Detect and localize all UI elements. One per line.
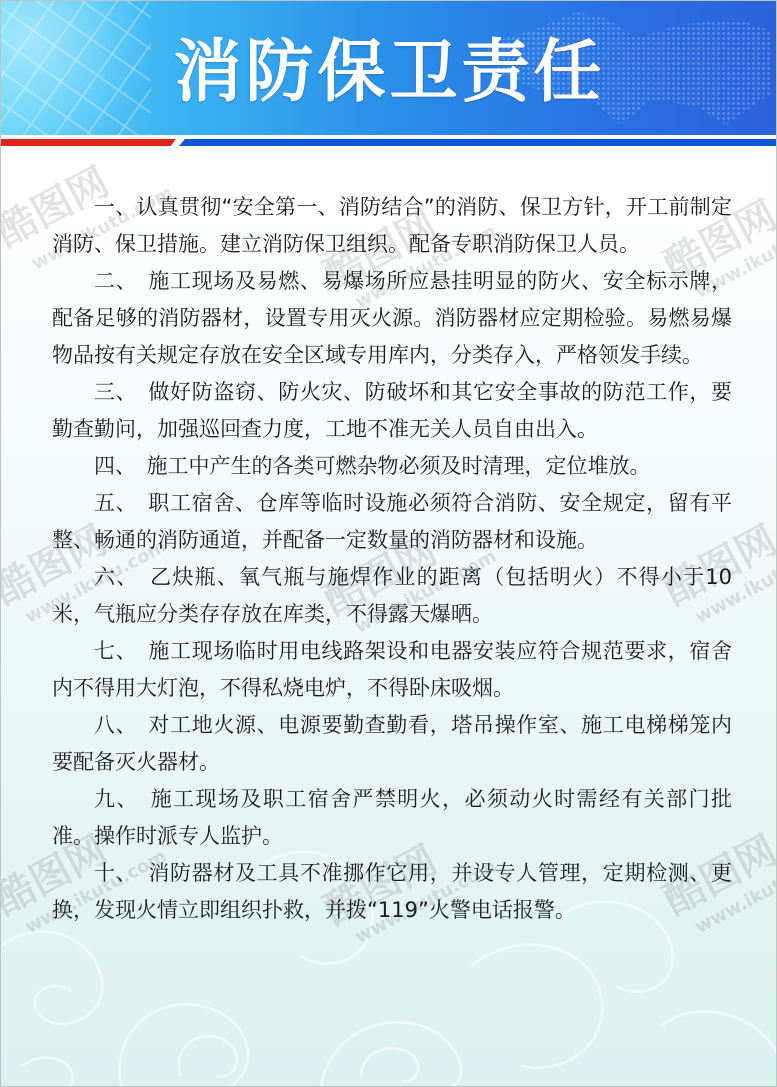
- clause-4: 四、 施工中产生的各类可燃杂物必须及时清理，定位堆放。: [52, 448, 732, 485]
- clause-3: 三、 做好防盗窃、防火灾、防破坏和其它安全事故的防范工作，要勤查勤问，加强巡回查…: [52, 374, 732, 448]
- clause-7: 七、 施工现场临时用电线路架设和电器安装应符合规范要求，宿舍内不得用大灯泡，不得…: [52, 633, 732, 707]
- clause-9: 九、 施工现场及职工宿舍严禁明火，必须动火时需经有关部门批准。操作时派专人监护。: [52, 781, 732, 855]
- clause-8: 八、 对工地火源、电源要勤查勤看，塔吊操作室、施工电梯梯笼内要配备灭火器材。: [52, 707, 732, 781]
- clause-6: 六、 乙炔瓶、氧气瓶与施焊作业的距离（包括明火）不得小于10米，气瓶应分类存存放…: [52, 559, 732, 633]
- header-banner: 消防保卫责任: [1, 1, 777, 136]
- red-stripe: [1, 139, 176, 146]
- page-title: 消防保卫责任: [1, 33, 777, 113]
- clause-5: 五、 职工宿舍、仓库等临时设施必须符合消防、安全规定，留有平整、畅通的消防通道，…: [52, 485, 732, 559]
- header-divider: [1, 135, 777, 147]
- poster: 消防保卫责任 酷图网 www.ikutu.com 酷图网 www.ikutu.c…: [0, 0, 777, 1087]
- blue-stripe: [179, 139, 777, 146]
- clause-1: 一、认真贯彻“安全第一、消防结合”的消防、保卫方针，开工前制定消防、保卫措施。建…: [52, 189, 732, 263]
- responsibility-list: 一、认真贯彻“安全第一、消防结合”的消防、保卫方针，开工前制定消防、保卫措施。建…: [52, 189, 732, 929]
- clause-2: 二、 施工现场及易燃、易爆场所应悬挂明显的防火、安全标示牌，配备足够的消防器材，…: [52, 263, 732, 374]
- clause-10: 十、 消防器材及工具不准挪作它用，并设专人管理，定期检测、更换，发现火情立即组织…: [52, 855, 732, 929]
